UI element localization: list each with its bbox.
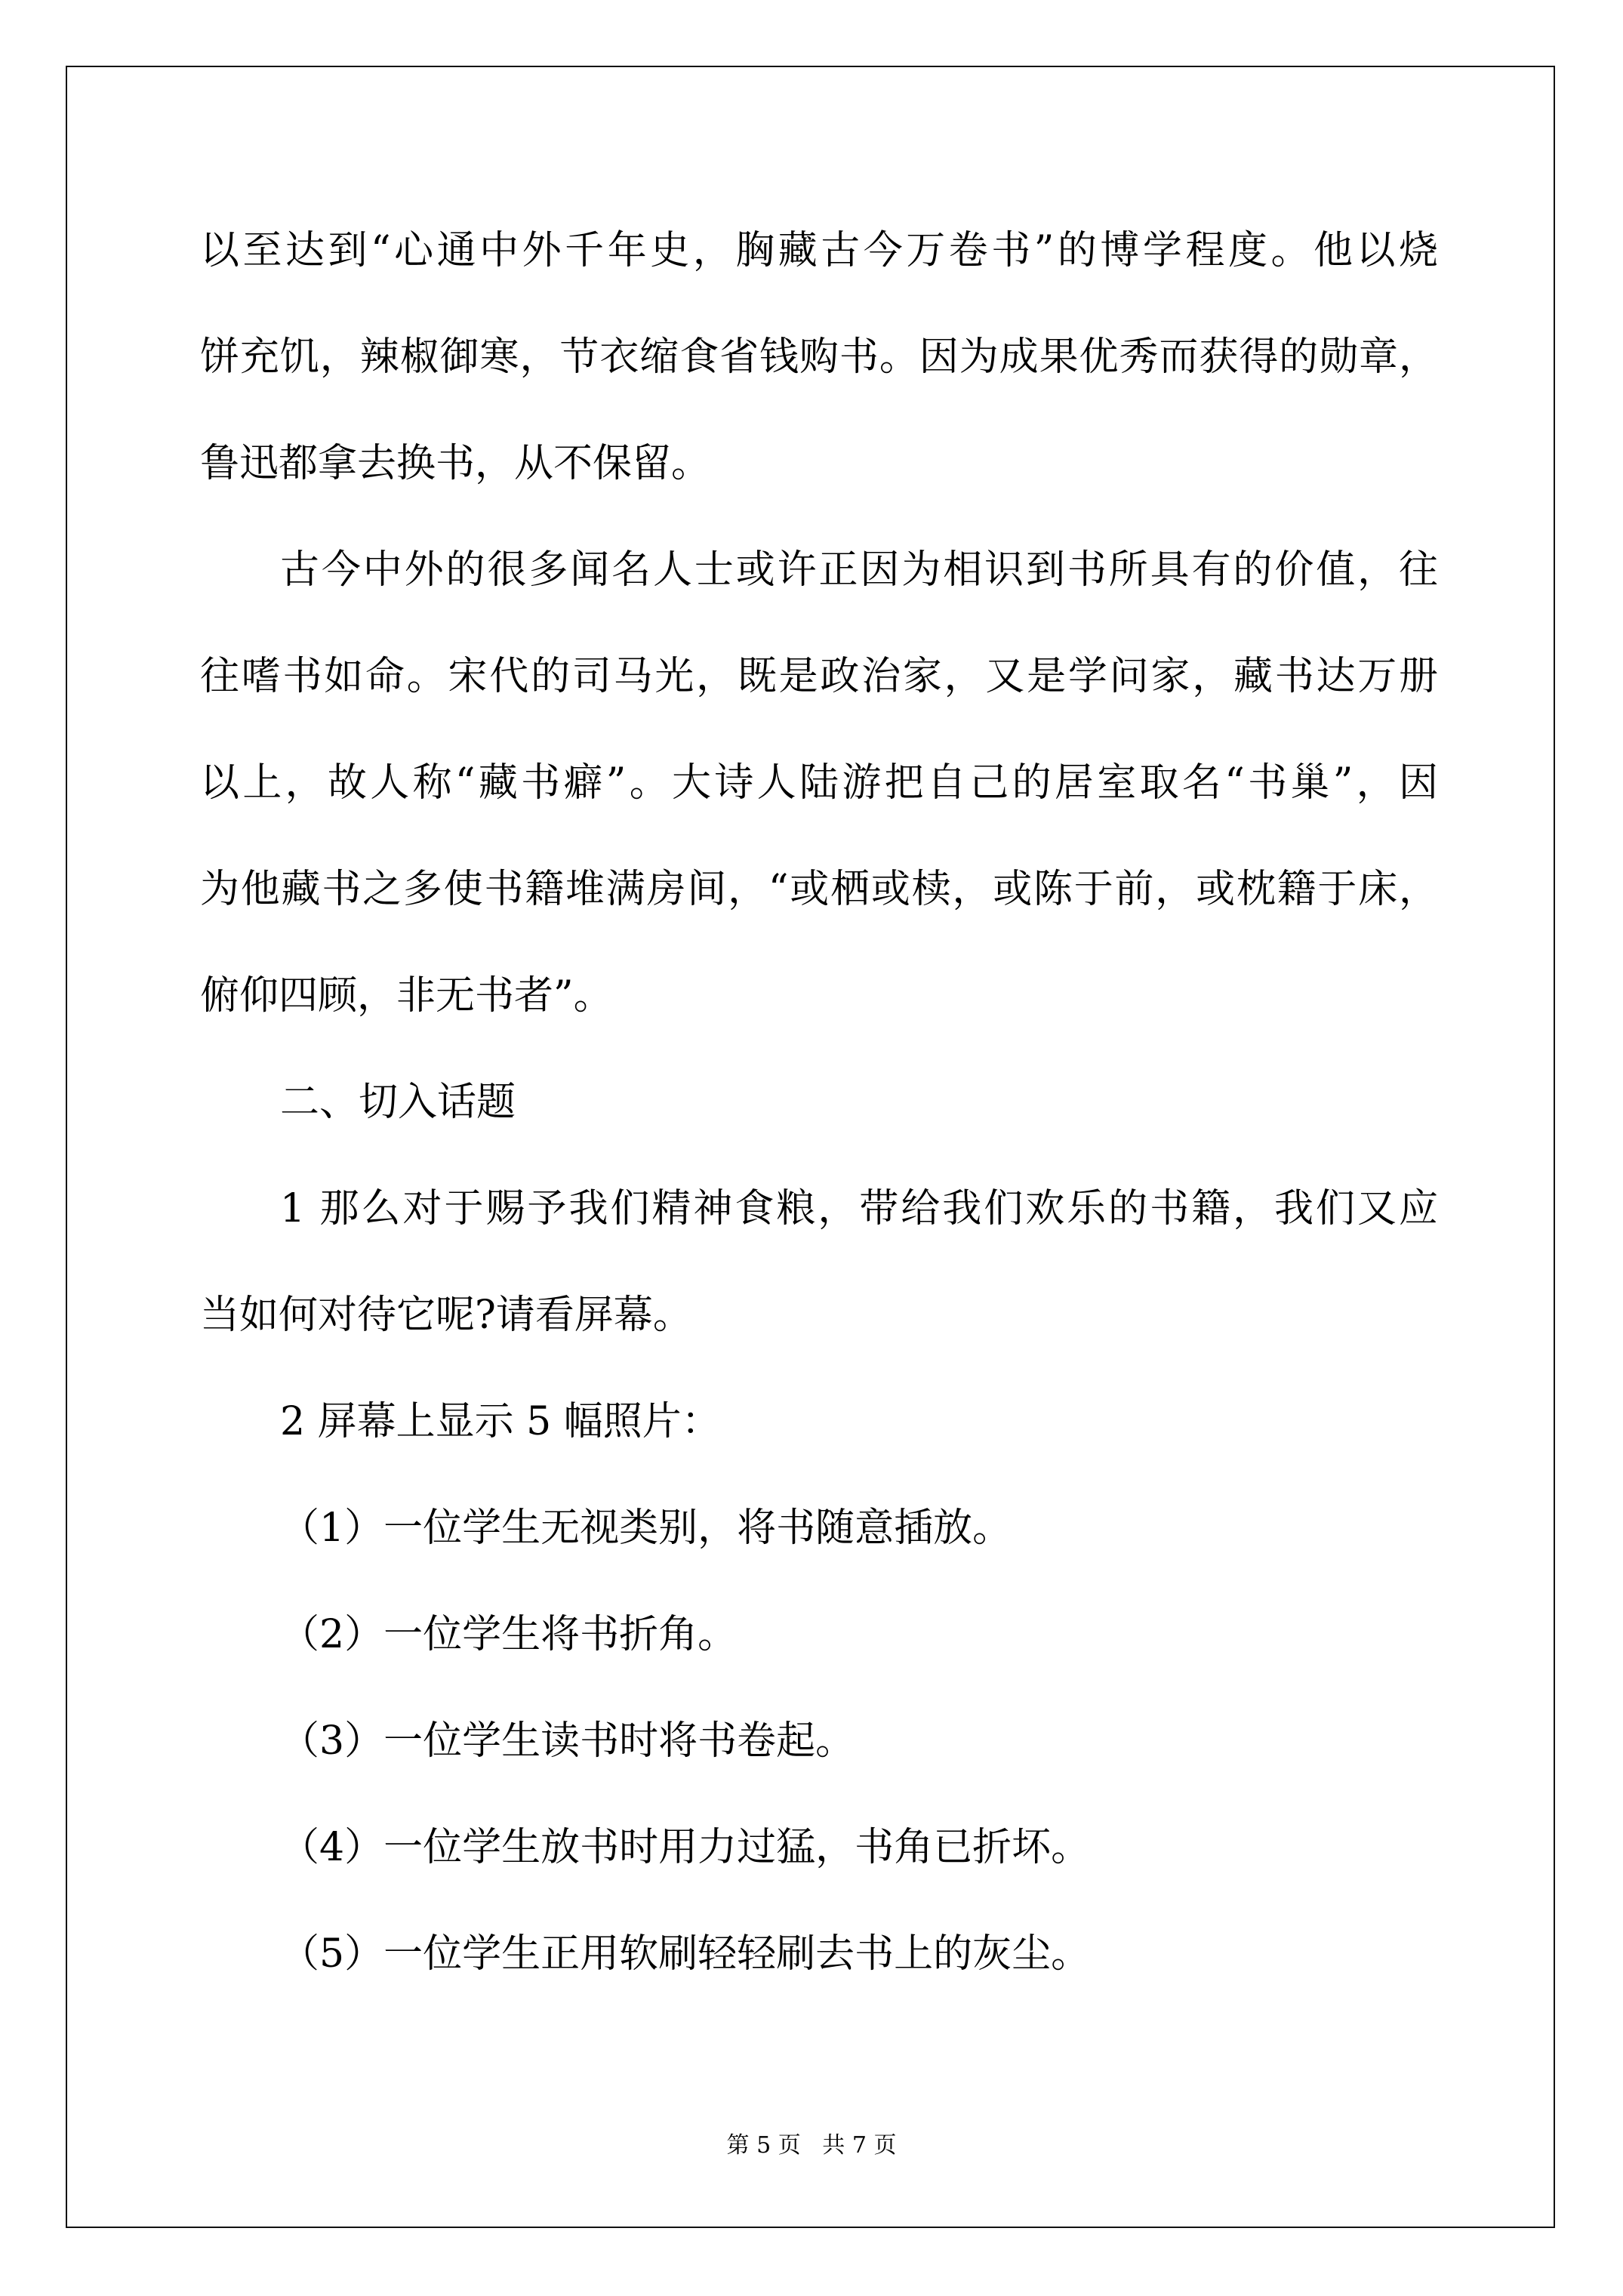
paragraph-1-line-2: 饼充饥，辣椒御寒，节衣缩食省钱购书。因为成果优秀而获得的勋章，	[200, 331, 1438, 384]
paragraph-3-line-2: 当如何对待它呢?请看屏幕。	[200, 1289, 692, 1342]
photo-list-item-5: （5）一位学生正用软刷轻轻刷去书上的灰尘。	[280, 1928, 1090, 1980]
paragraph-2-line-1: 古今中外的很多闻名人士或许正因为相识到书所具有的价值，往	[280, 544, 1438, 596]
paragraph-2-line-5: 俯仰四顾，非无书者”。	[200, 969, 613, 1022]
page-border	[66, 66, 1555, 2228]
photo-list-item-3: （3）一位学生读书时将书卷起。	[280, 1715, 855, 1767]
page-number-footer: 第 5 页 共 7 页	[0, 2131, 1623, 2161]
paragraph-3-line-1: 1 那么对于赐予我们精神食粮，带给我们欢乐的书籍，我们又应	[280, 1182, 1438, 1235]
paragraph-2-line-3: 以上，故人称“藏书癖”。大诗人陆游把自己的居室取名“书巢”，因	[200, 757, 1438, 809]
paragraph-1-line-1: 以至达到“心通中外千年史，胸藏古今万卷书”的博学程度。他以烧	[200, 224, 1438, 277]
photo-list-item-2: （2）一位学生将书折角。	[280, 1608, 737, 1661]
paragraph-2-line-2: 往嗜书如命。宋代的司马光，既是政治家，又是学问家，藏书达万册	[200, 650, 1438, 703]
paragraph-4-line-1: 2 屏幕上显示 5 幅照片：	[280, 1395, 721, 1448]
photo-list-item-1: （1）一位学生无视类别，将书随意插放。	[280, 1502, 1012, 1555]
photo-list-item-4: （4）一位学生放书时用力过猛，书角已折坏。	[280, 1821, 1090, 1874]
paragraph-1-line-3: 鲁迅都拿去换书，从不保留。	[200, 437, 710, 490]
paragraph-2-line-4: 为他藏书之多使书籍堆满房间，“或栖或椟，或陈于前，或枕籍于床，	[200, 863, 1438, 916]
section-heading: 二、切入话题	[280, 1076, 516, 1129]
